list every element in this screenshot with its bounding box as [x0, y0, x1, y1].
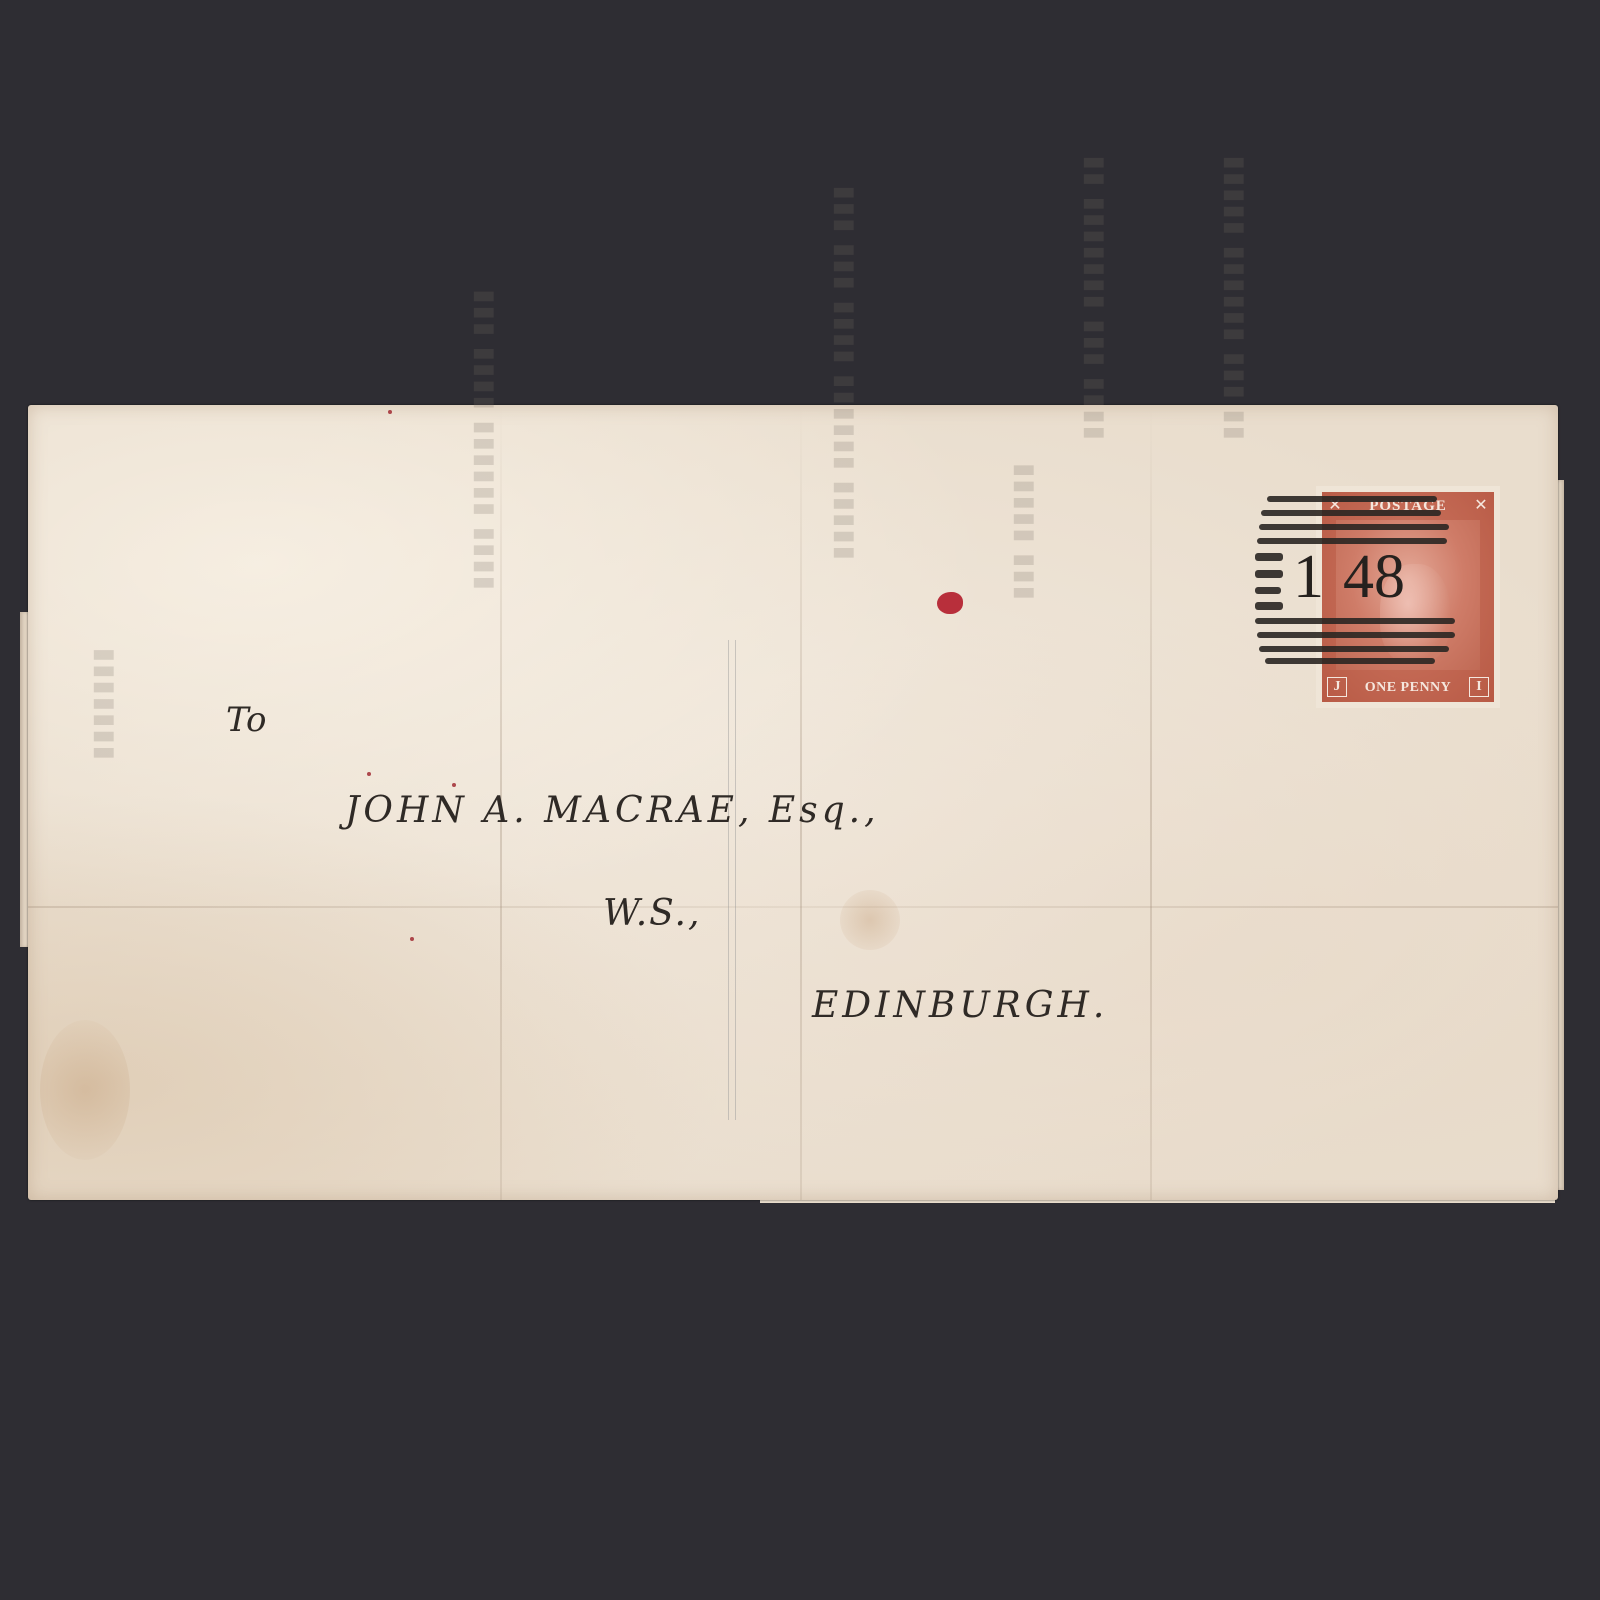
show-through-text: ▮▮▮▮▮ ▮▮▮▮▮▮ ▮▮▮▮ ▮▮▮ ▮▮▮: [830, 184, 860, 560]
show-through-text: ▮▮▮▮ ▮▮▮ ▮▮▮▮▮▮▮ ▮▮: [1080, 154, 1110, 440]
cancel-numeral-right: 48: [1343, 546, 1405, 608]
address-city: EDINBURGH.: [812, 985, 1108, 1026]
stamp-corner-letter-left: J: [1327, 677, 1347, 697]
address-recipient-name: JOHN A. MACRAE, Esq.,: [345, 790, 880, 831]
photo-stage: ▮▮▮▮ ▮▮▮ ▮▮▮▮▮▮▮ ▮▮ ▮▮ ▮▮▮ ▮▮▮▮▮▮ ▮▮▮▮▮ …: [0, 0, 1600, 1600]
ruled-double-line: [728, 640, 736, 1120]
red-wax-spot: [937, 592, 963, 614]
cancel-numeral-left: 1: [1293, 546, 1324, 608]
stamp-bottom-label: ONE PENNY: [1348, 680, 1468, 696]
foxing-stain: [40, 1020, 130, 1160]
stamp-corner-letter-right: I: [1469, 677, 1489, 697]
red-speck: [410, 937, 414, 941]
show-through-text: ▮▮▮▮▮▮▮: [90, 646, 120, 760]
red-speck: [388, 410, 392, 414]
address-recipient-title: W.S.,: [603, 893, 701, 934]
fold-line: [28, 906, 1558, 908]
show-through-text: ▮▮▮ ▮▮▮▮▮: [1010, 461, 1040, 600]
address-salutation: To: [226, 700, 267, 740]
fold-line: [1150, 405, 1152, 1200]
foxing-stain: [840, 890, 900, 950]
numeral-cancel: 1 48: [1255, 490, 1455, 660]
show-through-text: ▮▮ ▮▮▮ ▮▮▮▮▮▮ ▮▮▮▮▮: [1220, 154, 1250, 440]
show-through-text: ▮▮▮▮ ▮▮▮▮▮▮ ▮▮▮▮ ▮▮▮: [470, 287, 500, 590]
red-speck: [452, 783, 456, 787]
red-speck: [367, 772, 371, 776]
